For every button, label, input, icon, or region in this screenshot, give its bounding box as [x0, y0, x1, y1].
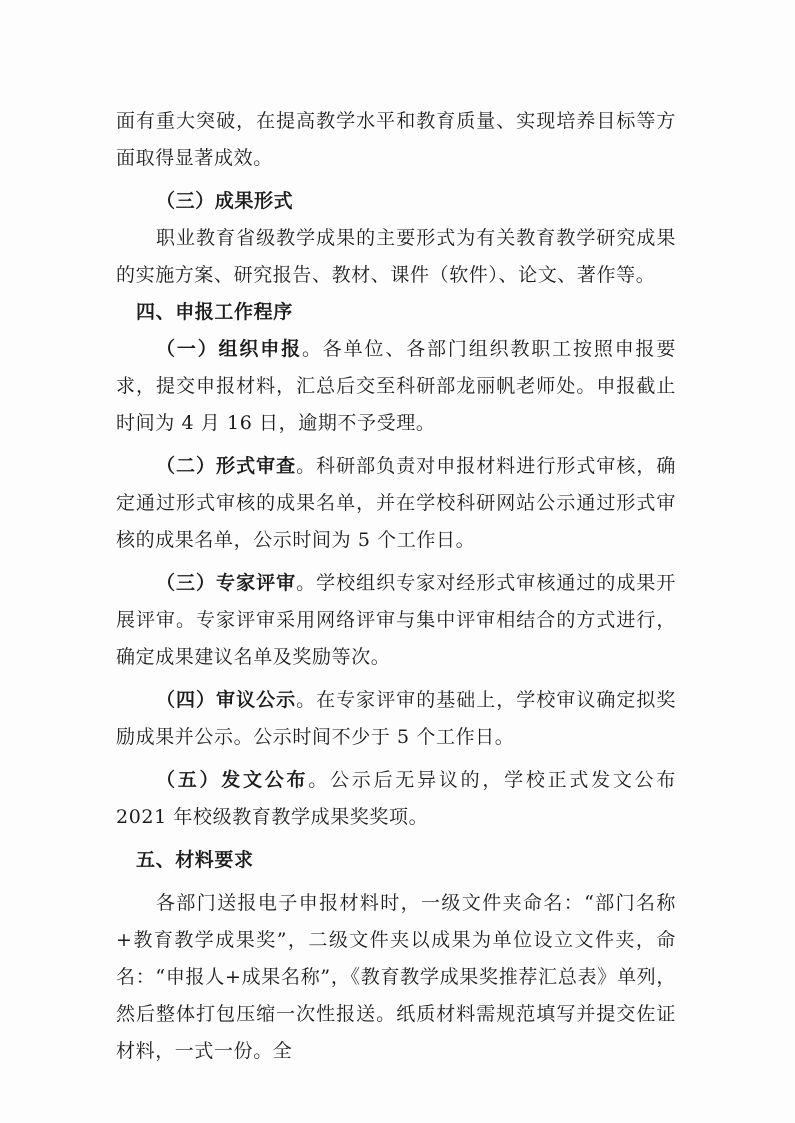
achievement-form-paragraph: 职业教育省级教学成果的主要形式为有关教育教学研究成果的实施方案、研究报告、教材、… [116, 220, 676, 294]
section-heading-materials: 五、材料要求 [116, 842, 676, 879]
step-label: （三）专家评审 [156, 572, 296, 594]
step-paragraph-review: （二）形式审查。科研部负责对申报材料进行形式审核，确定通过形式审核的成果名单，并… [116, 448, 676, 559]
step-paragraph-expert: （三）专家评审。学校组织专家对经形式审核通过的成果开展评审。专家评审采用网络评审… [116, 565, 676, 676]
document-body: 面有重大突破，在提高教学水平和教育质量、实现培养目标等方面取得显著成效。 （三）… [116, 103, 676, 1070]
step-label: （一）组织申报 [156, 338, 302, 360]
materials-paragraph: 各部门送报电子申报材料时，一级文件夹命名：“部门名称+教育教学成果奖”，二级文件… [116, 885, 676, 1070]
step-paragraph-announce: （五）发文公布。公示后无异议的，学校正式发文公布 2021 年校级教育教学成果奖… [116, 762, 676, 836]
step-label: （五）发文公布 [156, 769, 308, 791]
step-label: （二）形式审查 [156, 455, 296, 477]
step-paragraph-organize: （一）组织申报。各单位、各部门组织教职工按照申报要求，提交申报材料，汇总后交至科… [116, 331, 676, 442]
section-heading-procedure: 四、申报工作程序 [116, 294, 676, 331]
continuation-paragraph: 面有重大突破，在提高教学水平和教育质量、实现培养目标等方面取得显著成效。 [116, 103, 676, 177]
document-page: 面有重大突破，在提高教学水平和教育质量、实现培养目标等方面取得显著成效。 （三）… [0, 0, 795, 1123]
step-paragraph-publicize: （四）审议公示。在专家评审的基础上，学校审议确定拟奖励成果并公示。公示时间不少于… [116, 682, 676, 756]
section-heading-achievement-form: （三）成果形式 [116, 183, 676, 220]
step-label: （四）审议公示 [156, 689, 296, 711]
